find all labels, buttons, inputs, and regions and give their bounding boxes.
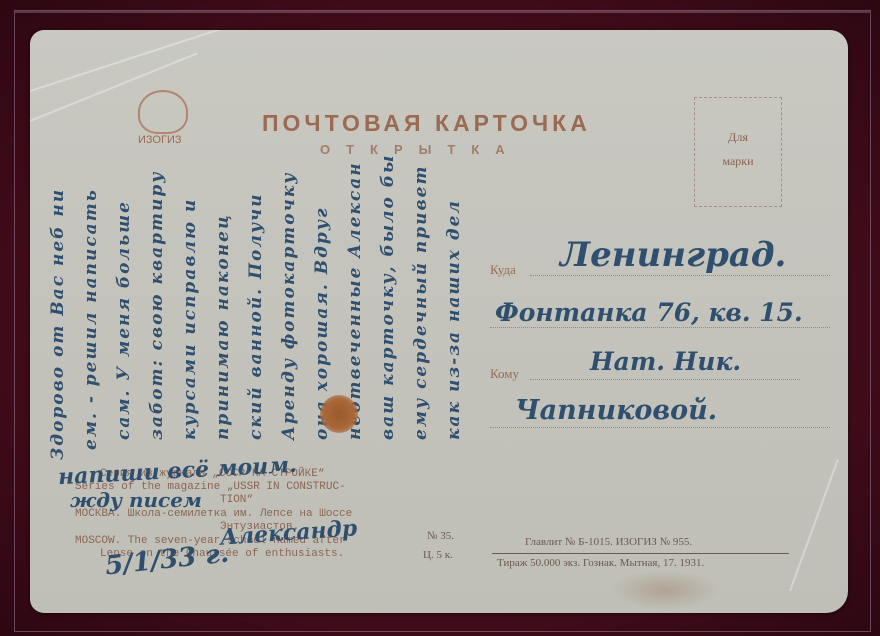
rust-stain (320, 395, 358, 433)
stamp-box-label-1: Для (695, 130, 781, 145)
card-number: № 35. (427, 530, 454, 542)
handwritten-footer-2: жду писем (70, 488, 202, 512)
imprint-line-1: Главлит № Б-1015. ИЗОГИЗ № 955. (525, 536, 692, 548)
handwritten-message-column: Аренду фотокарточку (279, 40, 299, 440)
handwritten-message-column: ему сердечный привет (411, 40, 431, 440)
address-label-where: Куда (490, 262, 516, 278)
handwritten-message-column: забот: свою квартиру (147, 40, 167, 440)
handwritten-city: Ленинград. (560, 235, 786, 275)
handwritten-message-column: ваш карточку, было бы (378, 40, 398, 440)
handwritten-recipient-1: Нат. Ник. (590, 347, 741, 376)
imprint-line-2: Тираж 50.000 экз. Гознак. Мытная, 17. 19… (497, 557, 704, 569)
handwritten-message-column: ем. - решил написать (81, 50, 101, 450)
address-line (530, 275, 830, 276)
imprint-divider (492, 553, 789, 554)
handwritten-message-column: как из-за наших дел (444, 40, 464, 440)
address-line (530, 379, 800, 380)
handwritten-message-column: Здорово от Вас неб ни (48, 50, 68, 460)
card-price: Ц. 5 к. (423, 549, 453, 561)
handwritten-message-column: принимаю наконец (213, 40, 233, 440)
handwritten-message-column: она хорошая. Вдруг (312, 40, 332, 440)
stamp-box-label-2: марки (695, 154, 781, 169)
handwritten-message-column: курсами исправлю и (180, 40, 200, 440)
handwritten-street: Фонтанка 76, кв. 15. (495, 298, 803, 327)
address-line (490, 427, 830, 428)
crease (789, 459, 839, 591)
foxing-stain (610, 570, 720, 610)
address-label-to-whom: Кому (490, 366, 519, 382)
caption-en-series-cont: TION“ (220, 494, 253, 506)
handwritten-message-column: сам. У меня больше (114, 40, 134, 440)
postcard: ИЗОГИЗ ПОЧТОВАЯ КАРТОЧКА ОТКРЫТКА Для ма… (30, 30, 848, 613)
handwritten-message-column: ский ванной. Получи (246, 40, 266, 440)
handwritten-recipient-2: Чапниковой. (515, 395, 717, 426)
address-line (490, 327, 830, 328)
handwritten-message-column: неотвеченные Алексан (345, 40, 365, 440)
stamp-box: Для марки (694, 97, 782, 207)
